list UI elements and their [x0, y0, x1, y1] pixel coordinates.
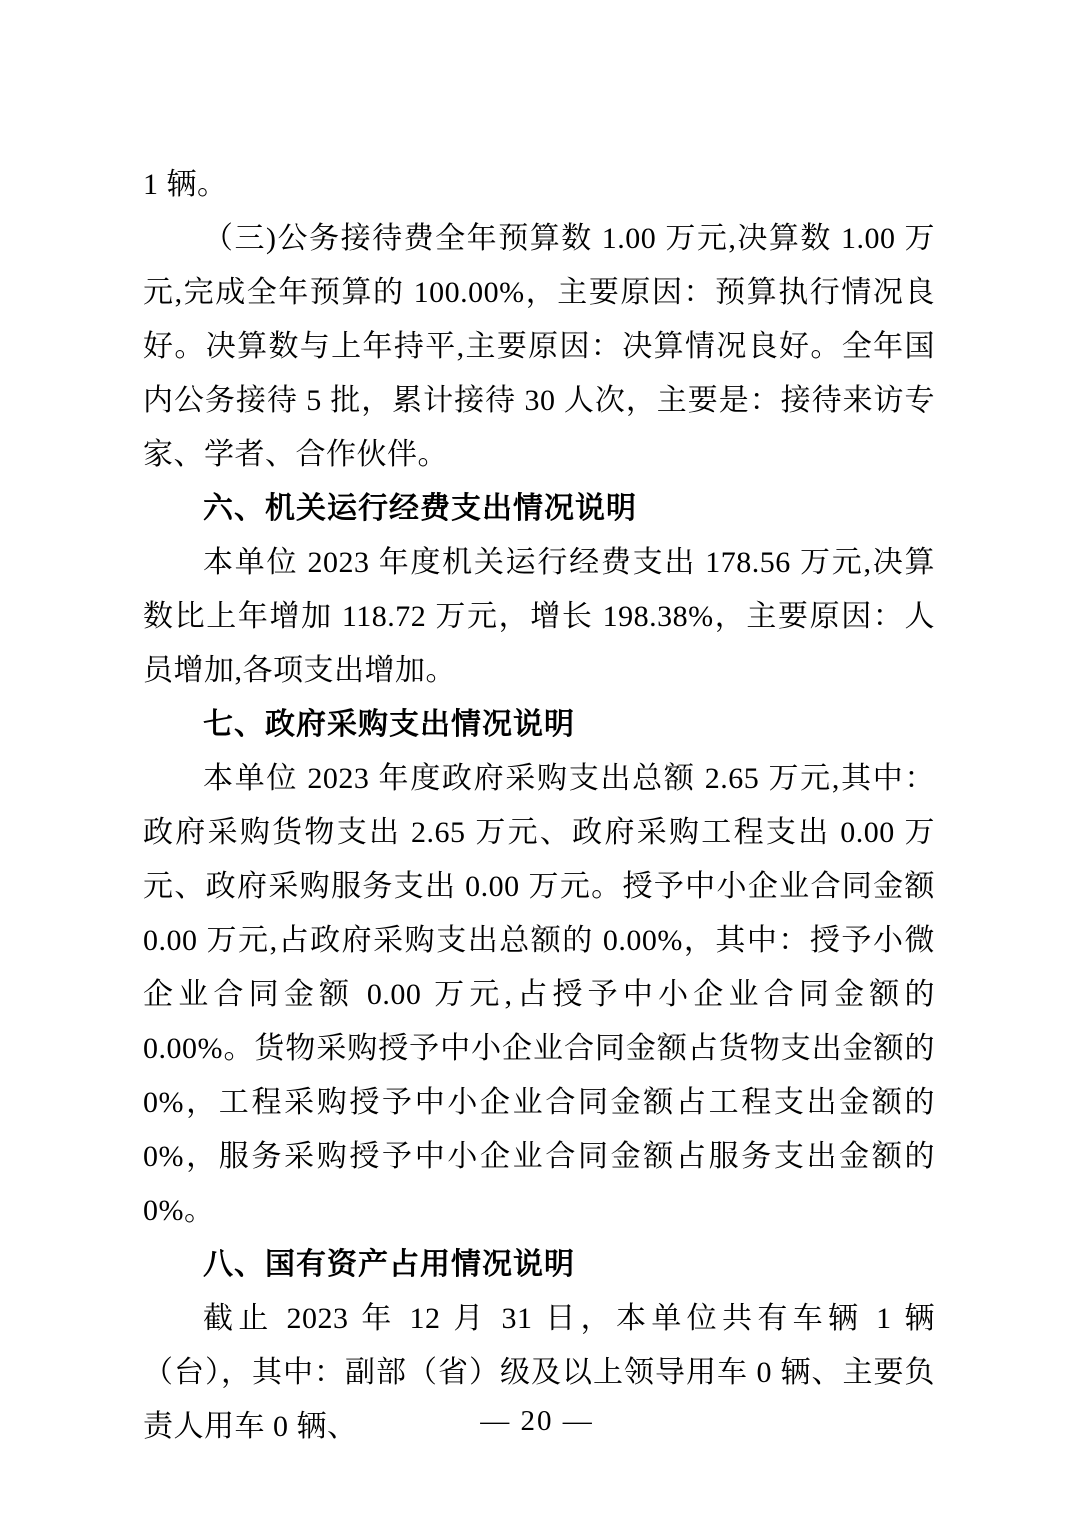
section-heading-state-owned-assets: 八、国有资产占用情况说明 [143, 1238, 935, 1292]
document-body: 1 辆。 （三)公务接待费全年预算数 1.00 万元,决算数 1.00 万元,完… [143, 158, 935, 1454]
paragraph-carryover: 1 辆。 [143, 158, 935, 212]
section-heading-government-procurement: 七、政府采购支出情况说明 [143, 698, 935, 752]
paragraph-operating-expenses: 本单位 2023 年度机关运行经费支出 178.56 万元,决算数比上年增加 1… [143, 536, 935, 698]
document-page: 1 辆。 （三)公务接待费全年预算数 1.00 万元,决算数 1.00 万元,完… [0, 0, 1074, 1520]
page-number: — 20 — [480, 1405, 594, 1437]
page-footer: — 20 — [0, 1405, 1074, 1438]
paragraph-official-reception-expenses: （三)公务接待费全年预算数 1.00 万元,决算数 1.00 万元,完成全年预算… [143, 212, 935, 482]
section-heading-operating-expenses: 六、机关运行经费支出情况说明 [143, 482, 935, 536]
paragraph-government-procurement: 本单位 2023 年度政府采购支出总额 2.65 万元,其中：政府采购货物支出 … [143, 752, 935, 1238]
